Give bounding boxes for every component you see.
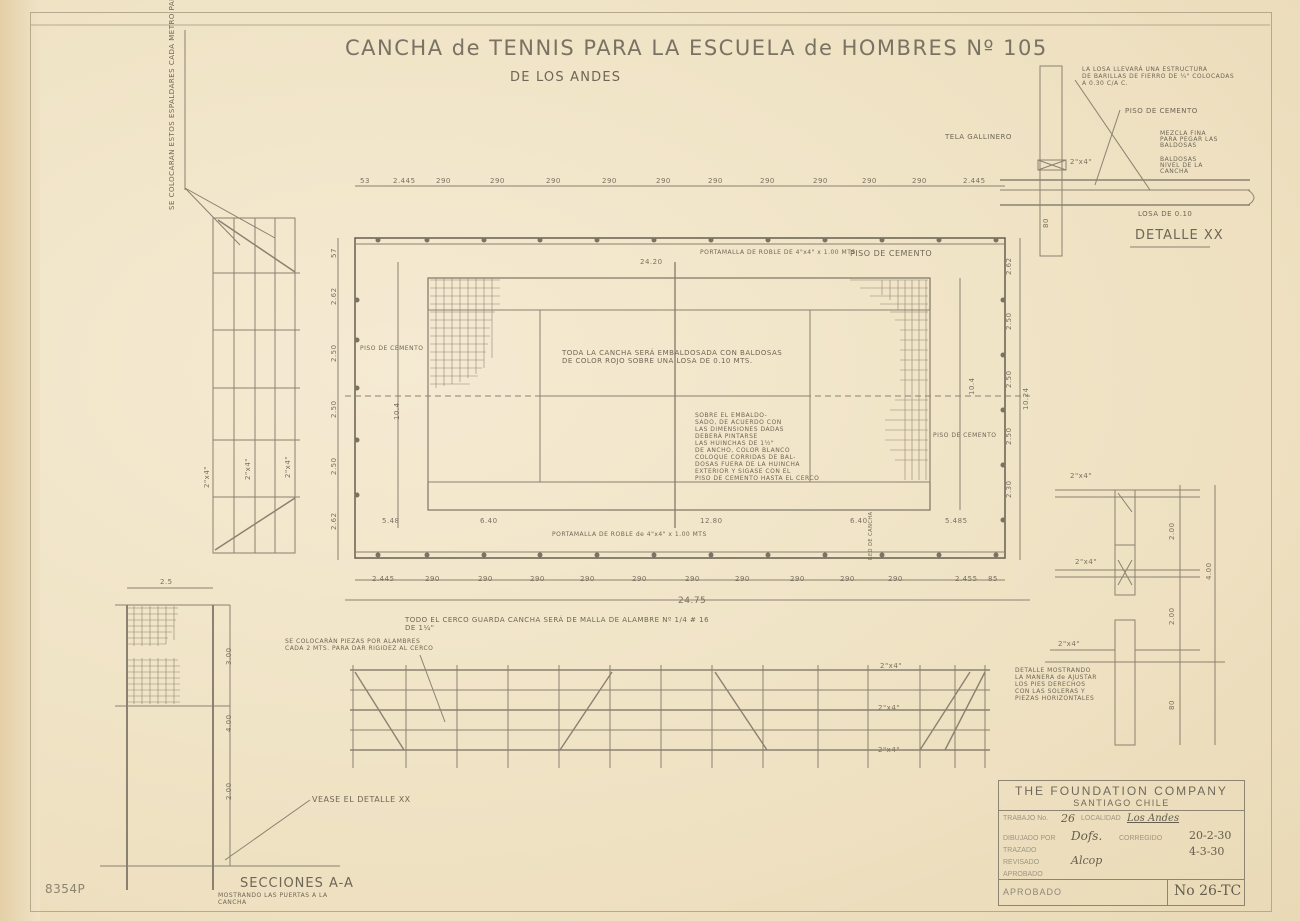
localidad-label: LOCALIDAD (1081, 815, 1121, 822)
court-lines-note: SOBRE EL EMBALDO- SADO, DE ACUERDO CON L… (695, 412, 819, 482)
court-width: 10.4 (393, 402, 401, 420)
dimension: 2.445 (372, 575, 395, 583)
left-dimension: 2.62 (330, 287, 338, 305)
slab-reinforcement-note: LA LOSA LLEVARÁ UNA ESTRUCTURA DE BARILL… (1082, 66, 1234, 87)
joint-member-label: 2"x4" (1070, 472, 1092, 480)
elevation-member-label: 2"x4" (878, 746, 900, 754)
dimension: 290 (425, 575, 440, 583)
joint-dimension: 4.00 (1205, 562, 1213, 580)
dimension: 53 (360, 177, 370, 185)
member-label: 2"x4" (244, 458, 252, 480)
dimension: 290 (546, 177, 561, 185)
dimension: 290 (632, 575, 647, 583)
left-dimension: 2.50 (330, 457, 338, 475)
dibujado-label: DIBUJADO POR (1003, 835, 1056, 842)
joint-member-label: 2"x4" (1058, 640, 1080, 648)
left-dimension: 2.50 (330, 344, 338, 362)
drawing-number-cell: No 26-TC (1167, 880, 1244, 906)
inner-dimension: 5.485 (945, 517, 968, 525)
court-width-right: 10.4 (968, 377, 976, 395)
revisado-label: REVISADO (1003, 859, 1039, 866)
joint-detail-note: DETALLE MOSTRANDO LA MANERA de AJUSTAR L… (1015, 667, 1097, 702)
detail-depth: 80 (1042, 218, 1050, 228)
dimension: 290 (760, 177, 775, 185)
dimension: 2.455 (955, 575, 978, 583)
section-dimension: 4.00 (225, 714, 233, 732)
left-dimension: 2.62 (330, 512, 338, 530)
section-dimension: 3.00 (225, 647, 233, 665)
date-2: 4-3-30 (1189, 845, 1224, 858)
revisado-row: REVISADO Alcop (999, 859, 1244, 871)
detail-xx-title: DETALLE XX (1135, 228, 1224, 243)
revisado-value: Alcop (1071, 854, 1102, 867)
member-label: 2"x4" (284, 456, 292, 478)
member-label: 2"x4" (203, 466, 211, 488)
section-dimension: 2.00 (225, 782, 233, 800)
drawing-number: No 26-TC (1174, 883, 1241, 899)
right-dimension: 2.30 (1005, 480, 1013, 498)
post-bottom-label: PORTAMALLA DE ROBLE de 4"x4" x 1.00 MTS (552, 531, 707, 538)
tiles-note: BALDOSAS NIVEL DE LA CANCHA (1160, 157, 1203, 175)
dimension: 290 (813, 177, 828, 185)
inner-dimension: 5.48 (382, 517, 400, 525)
tela-gallinero-label: TELA GALLINERO (945, 133, 1012, 141)
joint-member-label: 2"x4" (1075, 558, 1097, 566)
title-block: THE FOUNDATION COMPANY SANTIAGO CHILE TR… (998, 780, 1245, 906)
right-dimension: 2.50 (1005, 427, 1013, 445)
trabajo-label: TRABAJO No. (1003, 815, 1048, 822)
post-top-label: PORTAMALLA DE ROBLE DE 4"x4" x 1.00 MTS (700, 249, 856, 256)
right-total: 10.24 (1022, 387, 1030, 410)
approval-row: APROBADO No 26-TC (999, 879, 1244, 906)
drawing-subtitle: DE LOS ANDES (510, 70, 621, 85)
dimension: 290 (580, 575, 595, 583)
joint-dimension: 80 (1168, 700, 1176, 710)
aprobado-small-label: APROBADO (1003, 871, 1043, 878)
archive-mark: 8354P (45, 882, 85, 896)
elevation-member-label: 2"x4" (878, 704, 900, 712)
right-dimension: 2.62 (1005, 257, 1013, 275)
mortar-note: MEZCLA FINA PARA PEGAR LAS BALDOSAS (1160, 131, 1218, 149)
joint-dimension: 2.00 (1168, 607, 1176, 625)
dimension: 2.445 (393, 177, 416, 185)
detail-piso-label: PISO DE CEMENTO (1125, 107, 1198, 115)
section-title: SECCIONES A-A (240, 876, 354, 891)
fence-mesh-note: TODO EL CERCO GUARDA CANCHA SERÁ DE MALL… (405, 616, 709, 632)
dimension: 290 (790, 575, 805, 583)
dimension: 85 (988, 575, 998, 583)
trabajo-row: TRABAJO No. 26 LOCALIDAD Los Andes (999, 815, 1244, 827)
company-name: THE FOUNDATION COMPANY (999, 781, 1244, 798)
net-label: RED DE CANCHA (868, 512, 874, 561)
dimension: 290 (530, 575, 545, 583)
dimension: 290 (840, 575, 855, 583)
elevation-member-label: 2"x4" (880, 662, 902, 670)
company-location: SANTIAGO CHILE (999, 798, 1244, 811)
dimension: 290 (708, 177, 723, 185)
inner-dimension: 12.80 (700, 517, 723, 525)
drawing-title: CANCHA de TENNIS PARA LA ESCUELA de HOMB… (345, 36, 1048, 60)
see-detail-reference: VEASE EL DETALLE XX (312, 795, 411, 804)
dimension: 290 (656, 177, 671, 185)
joint-dimension: 2.00 (1168, 522, 1176, 540)
corregido-label: CORREGIDO (1119, 835, 1162, 842)
dimension: 290 (912, 177, 927, 185)
piso-cemento-right-label: PISO DE CEMENTO (933, 432, 996, 439)
dimension: 290 (436, 177, 451, 185)
trazado-label: TRAZADO (1003, 847, 1036, 854)
elevation-brace-note: SE COLOCARÁN PIEZAS POR ALAMBRES CADA 2 … (285, 638, 433, 652)
dimension: 290 (478, 575, 493, 583)
dimension: 290 (735, 575, 750, 583)
dimension: 2.445 (963, 177, 986, 185)
inner-length: 24.20 (640, 258, 663, 266)
section-width: 2.5 (160, 578, 173, 586)
dibujado-value: Dofs. (1071, 829, 1102, 843)
side-note-vertical: SE COLOCARAN ESTOS ESPALDARES CADA METRO… (168, 0, 176, 210)
dimension: 290 (862, 177, 877, 185)
inner-dimension: 6.40 (480, 517, 498, 525)
left-dimension: 2.50 (330, 400, 338, 418)
approved-label: APROBADO (1003, 887, 1062, 897)
blueprint-sheet: CANCHA de TENNIS PARA LA ESCUELA de HOMB… (0, 0, 1300, 921)
left-dimension: 57 (330, 248, 338, 258)
inner-dimension: 6.40 (850, 517, 868, 525)
detail-member-label: 2"x4" (1070, 158, 1092, 166)
localidad-value: Los Andes (1127, 813, 1179, 824)
dimension: 290 (888, 575, 903, 583)
piso-cemento-left-label: PISO DE CEMENTO (360, 345, 423, 352)
trabajo-value: 26 (1061, 812, 1075, 825)
slab-label: LOSA DE 0.10 (1138, 210, 1192, 218)
right-dimension: 2.50 (1005, 312, 1013, 330)
dimension: 290 (490, 177, 505, 185)
court-paving-note: TODA LA CANCHA SERÁ EMBALDOSADA CON BALD… (562, 349, 782, 365)
dimension: 290 (602, 177, 617, 185)
date-1: 20-2-30 (1189, 829, 1231, 842)
section-subtitle: MOSTRANDO LAS PUERTAS A LA CANCHA (218, 892, 328, 906)
dimension: 290 (685, 575, 700, 583)
trazado-row: TRAZADO 4-3-30 (999, 847, 1244, 859)
overall-length: 24.75 (678, 596, 706, 606)
piso-cemento-top-label: PISO DE CEMENTO (850, 249, 932, 258)
right-dimension: 2.50 (1005, 370, 1013, 388)
